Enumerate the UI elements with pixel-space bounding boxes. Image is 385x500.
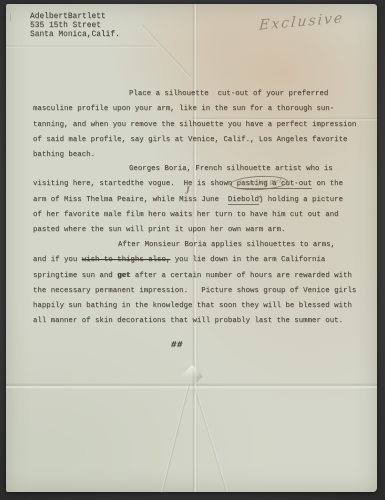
typed-line: Georges Boria, French silhouette artist … [33,162,373,177]
pencil-caret: ^ [255,194,263,205]
pencil-margin-tick: / [7,13,13,22]
typed-text: ) holding a picture [259,196,343,204]
center-fold-notch [181,365,204,388]
typed-line: tanning, and when you remove the silhoue… [33,118,373,133]
handwritten-exclusive: Exclusive [258,10,344,34]
typed-paragraph-3: After Monsieur Boria applies silhouettes… [33,238,373,330]
typed-line: pasted where the sun will print it upon … [33,223,373,238]
horizontal-fold-crease [6,383,377,389]
typed-paragraph-2: Georges Boria, French silhouette artist … [33,162,373,238]
sender-street: 535 15th Street [30,22,120,31]
typed-line: arm of Miss Thelma Peaire, while Miss Ju… [33,193,373,208]
typed-line: visiting here, startedthe vogue. He is s… [33,177,373,192]
typed-text: you lie down in the arm California [170,256,325,264]
sender-city: Santa Monica,Calif. [30,31,120,40]
typed-text: on the [312,180,343,188]
topleft-horizontal-crease [6,45,156,48]
typed-text: and if you [33,256,82,264]
typed-line: masculine profile upon your arm, like in… [33,102,373,117]
overtyped-bold-text: get [117,272,130,280]
typed-text: arm of Miss Thelma Peaire, while Miss Ju… [33,196,228,204]
end-mark: ## [170,340,183,350]
typed-line: After Monsieur Boria applies silhouettes… [33,238,373,253]
letter-paper: / AdelbertBartlett 535 15th Street Santa… [6,4,377,492]
typed-line: of her favorite male film hero waits her… [33,208,373,223]
sender-name: AdelbertBartlett [30,13,120,22]
typed-line: springtime sun and get after a certain n… [33,269,373,284]
typed-line: of said male profile, say girls at Venic… [33,133,373,148]
typed-line: the necessary permanent impression. Pict… [33,284,373,299]
pencil-insert-letter: J [186,185,190,194]
topleft-diagonal-crease [141,24,192,78]
bottomleft-diagonal-crease [161,384,190,493]
struck-out-text: wish to thighs also, [82,256,171,264]
photo-of-letter: { "colors": { "frame_background": "#3a3a… [0,0,385,500]
typed-line: and if you wish to thighs also, you lie … [33,253,373,268]
typed-text: visiting here, startedthe vogue. He is s… [33,180,237,188]
typed-text: after a certain number of hours are rewa… [130,272,351,280]
typed-line: all manner of skin decorations that will… [33,314,373,329]
bottomright-diagonal-crease [193,384,228,492]
typed-line: happily sun bathing in the knowledge tha… [33,299,373,314]
typed-text: springtime sun and [33,272,117,280]
pencil-underlined-text: Diebold [228,196,259,205]
typed-line: Place a silhouette cut-out of your prefe… [33,87,373,102]
typed-paragraph-1: Place a silhouette cut-out of your prefe… [33,87,373,163]
sender-address: AdelbertBartlett 535 15th Street Santa M… [30,13,120,41]
